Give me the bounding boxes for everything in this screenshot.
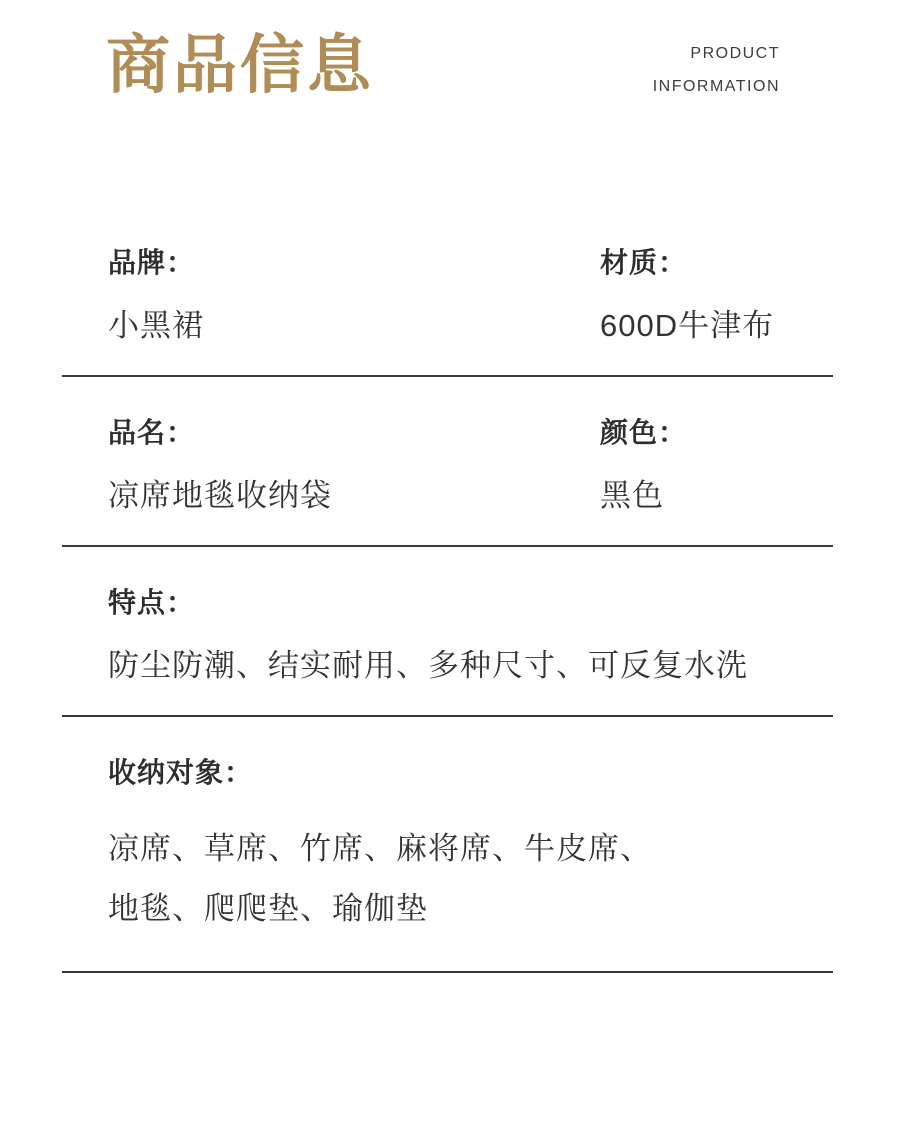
field-label-product-name: 品名： (108, 419, 600, 447)
field-brand: 品牌： 小黑裙 (108, 249, 600, 343)
product-attributes-list: 品牌： 小黑裙 材质： 600D牛津布 品名： 凉席地毯收纳袋 颜色： 黑色 特… (62, 207, 833, 973)
field-value-brand: 小黑裙 (108, 309, 600, 343)
storage-objects-line-1: 凉席、草席、竹席、麻将席、牛皮席、 (108, 819, 833, 879)
field-label-features: 特点： (108, 589, 833, 617)
field-color: 颜色： 黑色 (600, 419, 833, 513)
field-value-product-name: 凉席地毯收纳袋 (108, 479, 600, 513)
field-label-color: 颜色： (600, 419, 833, 447)
field-label-material: 材质： (600, 249, 833, 277)
field-value-storage-objects: 凉席、草席、竹席、麻将席、牛皮席、 地毯、爬爬垫、瑜伽垫 (108, 819, 833, 939)
field-product-name: 品名： 凉席地毯收纳袋 (108, 419, 600, 513)
attribute-row-storage-objects: 收纳对象： 凉席、草席、竹席、麻将席、牛皮席、 地毯、爬爬垫、瑜伽垫 (62, 717, 833, 973)
subtitle-line-2: INFORMATION (653, 70, 780, 103)
field-storage-objects: 收纳对象： 凉席、草席、竹席、麻将席、牛皮席、 地毯、爬爬垫、瑜伽垫 (108, 759, 833, 939)
page-title: 商品信息 (106, 26, 900, 104)
field-label-brand: 品牌： (108, 249, 600, 277)
subtitle-line-1: PRODUCT (653, 37, 780, 70)
attribute-row-name-color: 品名： 凉席地毯收纳袋 颜色： 黑色 (62, 377, 833, 547)
product-info-header: 商品信息 PRODUCT INFORMATION (0, 0, 900, 104)
storage-objects-line-2: 地毯、爬爬垫、瑜伽垫 (108, 879, 833, 939)
page-subtitle: PRODUCT INFORMATION (653, 37, 780, 103)
field-value-features: 防尘防潮、结实耐用、多种尺寸、可反复水洗 (108, 649, 833, 683)
field-label-storage-objects: 收纳对象： (108, 759, 833, 787)
field-value-material: 600D牛津布 (600, 309, 833, 343)
attribute-row-brand-material: 品牌： 小黑裙 材质： 600D牛津布 (62, 207, 833, 377)
field-value-color: 黑色 (600, 479, 833, 513)
field-material: 材质： 600D牛津布 (600, 249, 833, 343)
attribute-row-features: 特点： 防尘防潮、结实耐用、多种尺寸、可反复水洗 (62, 547, 833, 717)
field-features: 特点： 防尘防潮、结实耐用、多种尺寸、可反复水洗 (108, 589, 833, 683)
